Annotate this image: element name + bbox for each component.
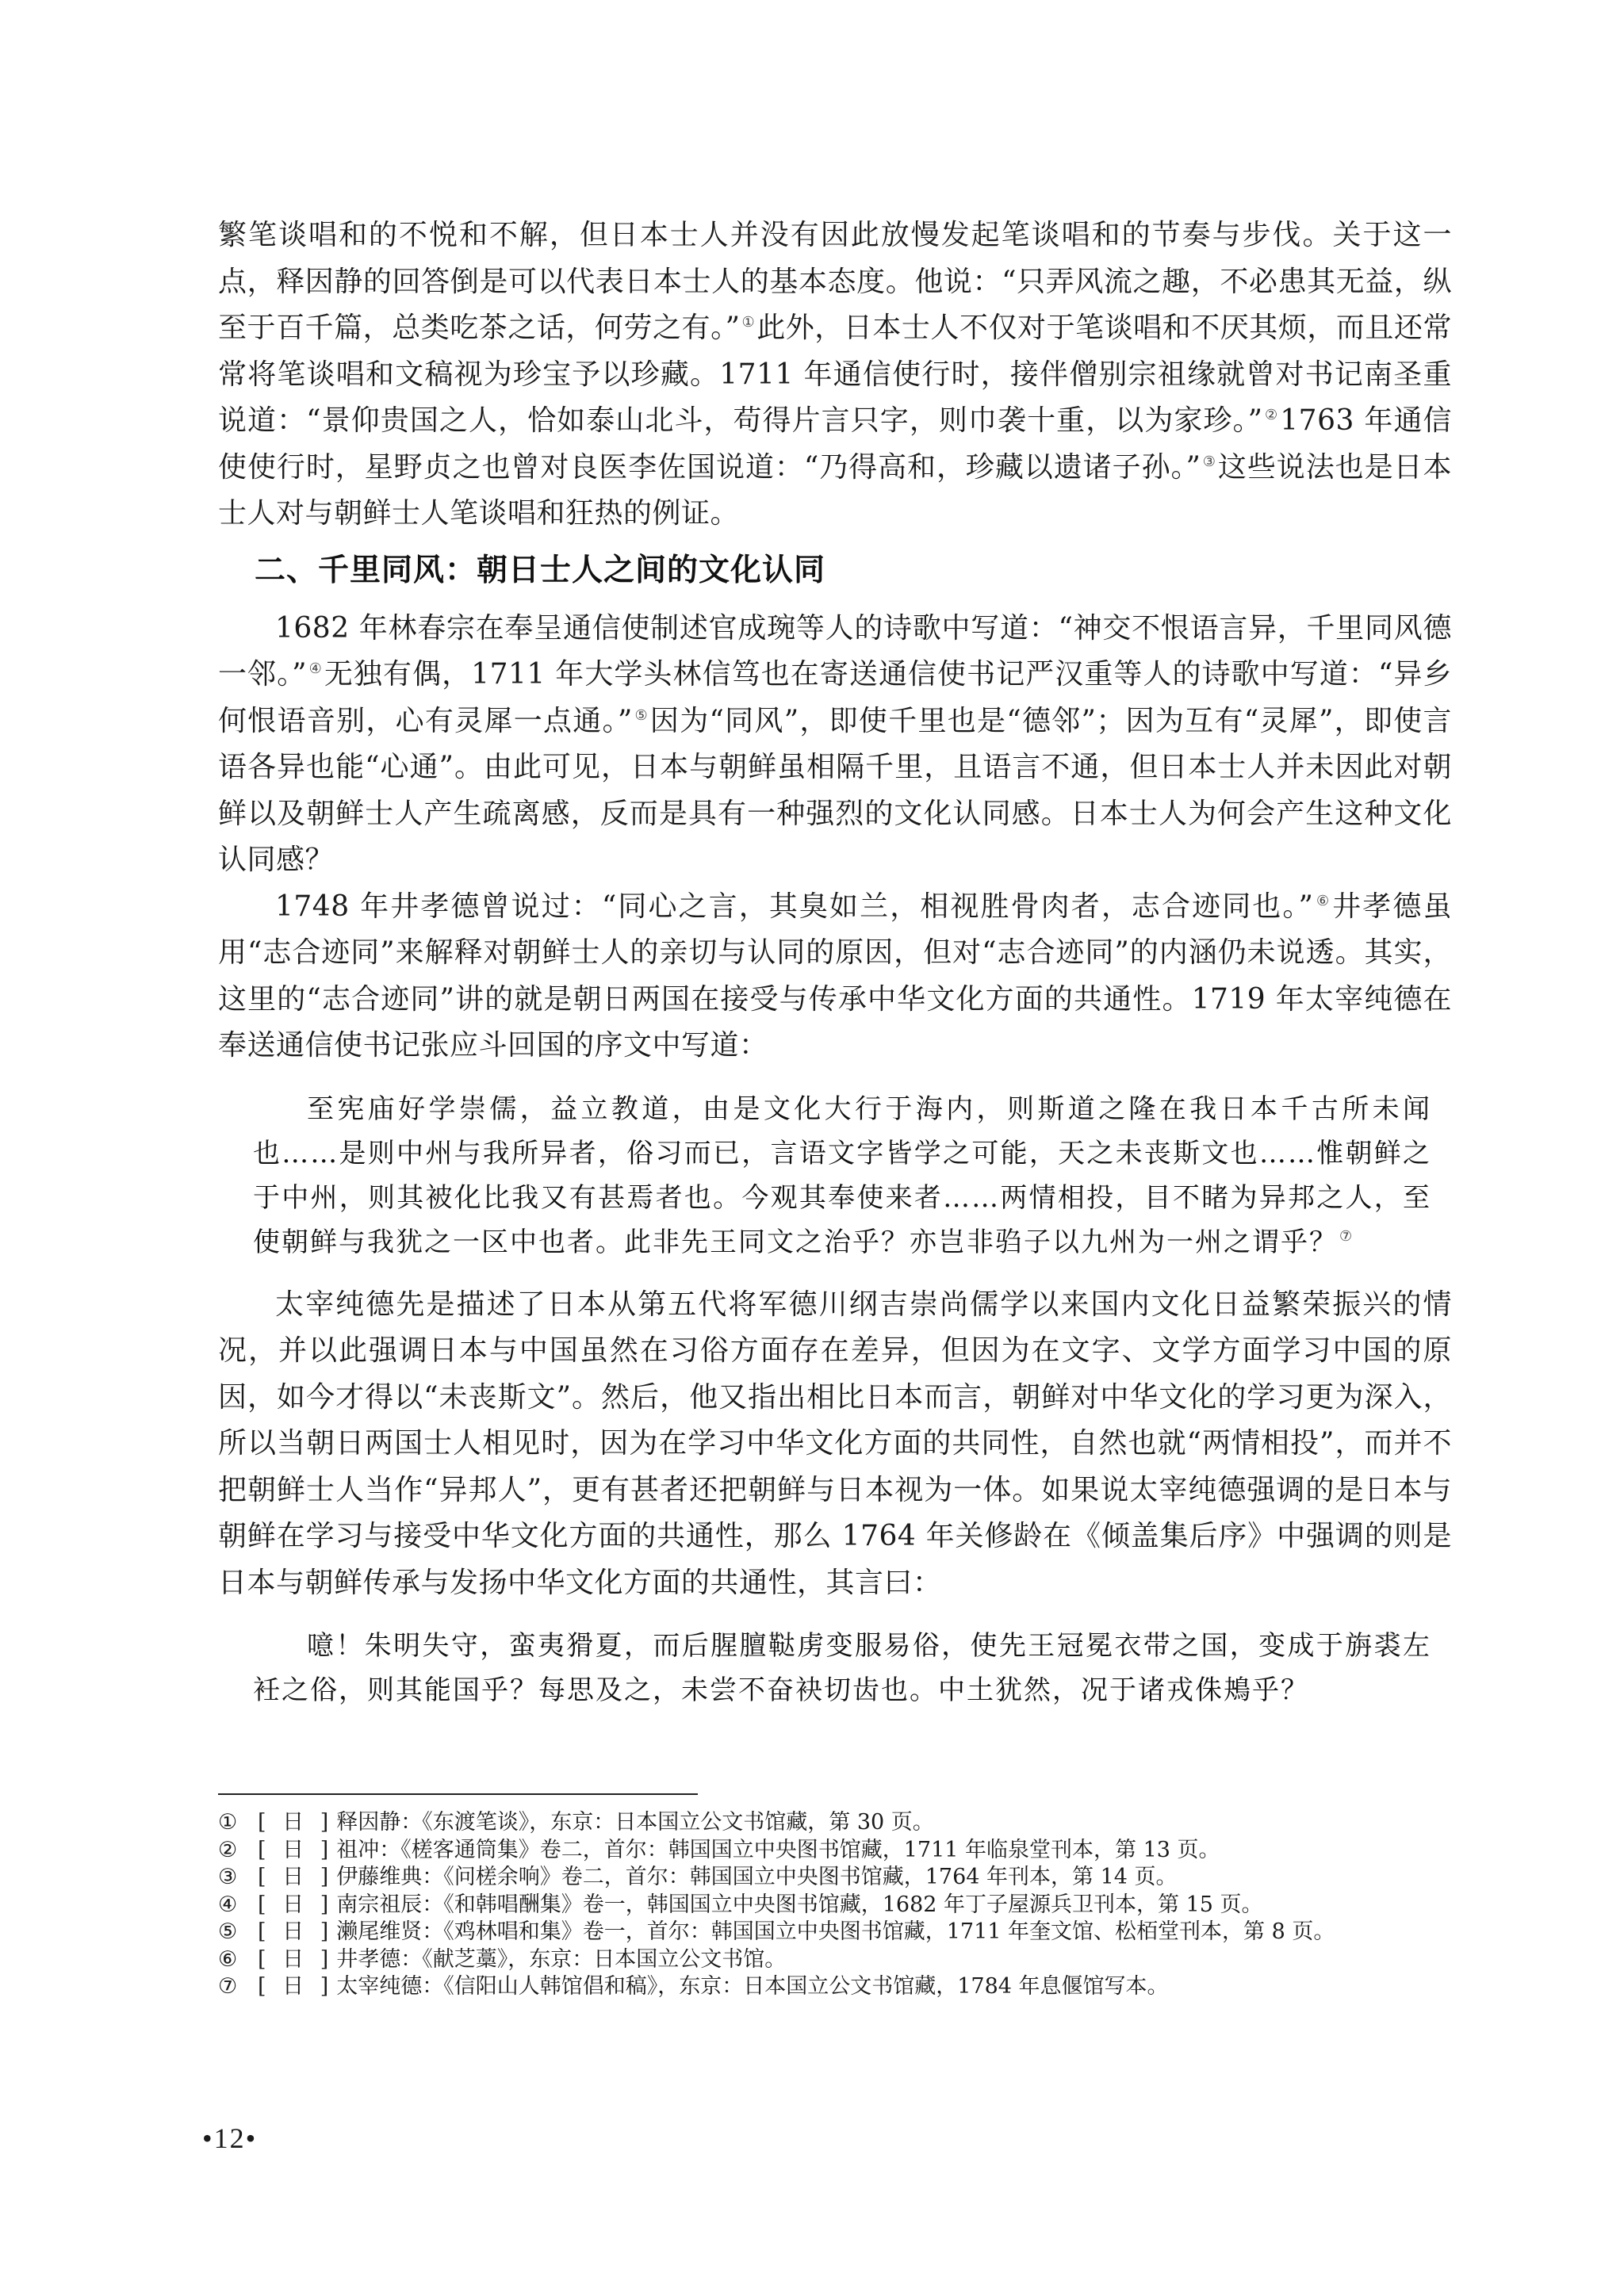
- footnote-number: ④: [218, 1892, 258, 1919]
- section-heading: 二、千里同风：朝日士人之间的文化认同: [255, 547, 1452, 595]
- footnote-text: 太宰纯德：《信阳山人韩馆倡和稿》，东京：日本国立公文书馆藏，1784 年息偃馆写…: [336, 1973, 1168, 2001]
- footnote-ref-3[interactable]: ③: [1202, 453, 1216, 470]
- block-quote-text: 至宪庙好学崇儒，益立教道，由是文化大行于海内，则斯道之隆在我日本千古所未闻也………: [253, 1087, 1431, 1265]
- footnote-item: ⑤ [ 日 ] 濑尾维贤：《鸡林唱和集》卷一，首尔：韩国国立中央图书馆藏，171…: [218, 1919, 1455, 1946]
- footnote-ref-5[interactable]: ⑤: [634, 707, 649, 724]
- footnote-item: ⑦ [ 日 ] 太宰纯德：《信阳山人韩馆倡和稿》，东京：日本国立公文书馆藏，17…: [218, 1973, 1455, 2001]
- footnote-tag: [ 日 ]: [258, 1837, 333, 1865]
- footnote-text: 南宗祖辰：《和韩唱酬集》卷一，韩国国立中央图书馆藏，1682 年丁子屋源兵卫刊本…: [336, 1892, 1262, 1919]
- footnote-item: ③ [ 日 ] 伊藤维典：《问槎余响》卷二，首尔：韩国国立中央图书馆藏，1764…: [218, 1864, 1455, 1892]
- footnote-tag: [ 日 ]: [258, 1946, 333, 1974]
- footnote-text: 祖冲：《槎客通筒集》卷二，首尔：韩国国立中央图书馆藏，1711 年临泉堂刊本，第…: [336, 1837, 1220, 1865]
- footnote-ref-2[interactable]: ②: [1265, 407, 1279, 423]
- footnote-text: 濑尾维贤：《鸡林唱和集》卷一，首尔：韩国国立中央图书馆藏，1711 年奎文馆、松…: [336, 1919, 1335, 1946]
- block-quote: 噫！朱明失守，蛮夷猾夏，而后腥膻鞑虏变服易俗，使先王冠冕衣带之国，变成于旃裘左衽…: [253, 1624, 1431, 1712]
- page-number: •12•: [202, 2122, 257, 2155]
- block-quote: 至宪庙好学崇儒，益立教道，由是文化大行于海内，则斯道之隆在我日本千古所未闻也………: [253, 1087, 1431, 1265]
- block-quote-text: 噫！朱明失守，蛮夷猾夏，而后腥膻鞑虏变服易俗，使先王冠冕衣带之国，变成于旃裘左衽…: [253, 1624, 1431, 1712]
- footnote-item: ④ [ 日 ] 南宗祖辰：《和韩唱酬集》卷一，韩国国立中央图书馆藏，1682 年…: [218, 1892, 1455, 1919]
- footnote-number: ①: [218, 1809, 258, 1837]
- footnote-ref-6[interactable]: ⑥: [1315, 893, 1331, 909]
- footnote-number: ②: [218, 1837, 258, 1865]
- footnote-item: ⑥ [ 日 ] 井孝德：《献芝藁》，东京：日本国立公文书馆。: [218, 1946, 1455, 1974]
- paragraph: 1682 年林春宗在奉呈通信使制述官成琬等人的诗歌中写道：“神交不恨语言异，千里…: [218, 606, 1452, 884]
- footnote-text: 释因静：《东渡笔谈》，东京：日本国立公文书馆藏，第 30 页。: [336, 1809, 934, 1837]
- footnote-number: ③: [218, 1864, 258, 1892]
- footnote-ref-4[interactable]: ④: [308, 660, 323, 677]
- paragraph: 1748 年井孝德曾说过：“同心之言，其臭如兰，相视胜骨肉者，志合迹同也。”⑥井…: [218, 884, 1452, 1070]
- quote-text: 至宪庙好学崇儒，益立教道，由是文化大行于海内，则斯道之隆在我日本千古所未闻也………: [253, 1093, 1431, 1258]
- paragraph: 太宰纯德先是描述了日本从第五代将军德川纲吉崇尚儒学以来国内文化日益繁荣振兴的情况…: [218, 1282, 1452, 1607]
- footnote-divider: [218, 1793, 698, 1795]
- footnote-item: ② [ 日 ] 祖冲：《槎客通筒集》卷二，首尔：韩国国立中央图书馆藏，1711 …: [218, 1837, 1455, 1865]
- footnote-tag: [ 日 ]: [258, 1809, 333, 1837]
- footnote-tag: [ 日 ]: [258, 1973, 333, 2001]
- footnotes: ① [ 日 ] 释因静：《东渡笔谈》，东京：日本国立公文书馆藏，第 30 页。 …: [218, 1809, 1455, 2001]
- paragraph-continuation: 繁笔谈唱和的不悦和不解，但日本士人并没有因此放慢发起笔谈唱和的节奏与步伐。关于这…: [218, 212, 1452, 538]
- footnote-ref-1[interactable]: ①: [742, 314, 756, 331]
- footnote-tag: [ 日 ]: [258, 1919, 333, 1946]
- footnote-number: ⑦: [218, 1973, 258, 2001]
- footnote-tag: [ 日 ]: [258, 1864, 333, 1892]
- footnote-number: ⑥: [218, 1946, 258, 1974]
- footnote-text: 井孝德：《献芝藁》，东京：日本国立公文书馆。: [336, 1946, 786, 1974]
- footnote-ref-7[interactable]: ⑦: [1339, 1228, 1354, 1245]
- footnote-tag: [ 日 ]: [258, 1892, 333, 1919]
- footnote-number: ⑤: [218, 1919, 258, 1946]
- footnote-text: 伊藤维典：《问槎余响》卷二，首尔：韩国国立中央图书馆藏，1764 年刊本，第 1…: [336, 1864, 1177, 1892]
- page-body: 繁笔谈唱和的不悦和不解，但日本士人并没有因此放慢发起笔谈唱和的节奏与步伐。关于这…: [218, 212, 1452, 1730]
- footnote-item: ① [ 日 ] 释因静：《东渡笔谈》，东京：日本国立公文书馆藏，第 30 页。: [218, 1809, 1455, 1837]
- paragraph-text: 1748 年井孝德曾说过：“同心之言，其臭如兰，相视胜骨肉者，志合迹同也。”: [275, 890, 1313, 923]
